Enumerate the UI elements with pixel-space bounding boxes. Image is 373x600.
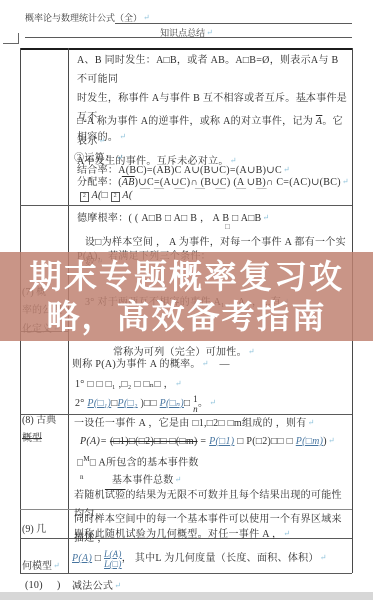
stray-box-glyph: □ xyxy=(225,222,230,231)
garbled-link-token[interactable]: P(□₁) xyxy=(87,398,111,409)
garbled-formula-line: 2 A(□ 2 A( xyxy=(80,186,132,205)
garbled-link-token[interactable]: L(□) xyxy=(104,559,122,569)
paragraph-mark-icon: ↵ xyxy=(262,213,270,222)
tofu-box-icon: 2 xyxy=(111,192,120,202)
row-label-9-geometric-model: (9) 几 何模型↵ xyxy=(22,521,67,576)
table-top-border xyxy=(20,48,352,50)
paragraph-mark-icon: ↵ xyxy=(205,28,213,37)
header-rule-top xyxy=(115,23,352,24)
paragraph-mark-icon: ↵ xyxy=(327,436,335,445)
garbled-link-token[interactable]: P(□m) xyxy=(296,436,324,447)
margin-crop-mark xyxy=(3,33,19,44)
scanned-document-page: 概率论与数理统计公式（全）↵ 知识点总结↵ A、B 同时发生：A□B，或者 AB… xyxy=(0,0,373,600)
garbled-link-token[interactable]: P(□1) xyxy=(209,436,234,447)
classical-formula-line: P(A)= (□1)□(□2)□□ □(□m) = P(□1) □ P(□2)□… xyxy=(80,431,352,451)
dash-artifacts: —— — — — — — xyxy=(140,183,271,194)
de-morgan-line: 德摩根率：( ( A□B □ A□ B ， A B □ A□B↵ xyxy=(77,208,270,228)
paragraph-mark-icon: ↵ xyxy=(247,347,255,356)
overbar-artifact: — xyxy=(298,92,308,111)
overbar-word: 试验 xyxy=(105,490,126,501)
garbled-link-token[interactable]: L(A) xyxy=(104,549,122,559)
garbled-link-token[interactable]: P(A) xyxy=(72,553,92,564)
banner-title-line-2: 略，高效备考指南 xyxy=(47,297,327,337)
paragraph-mark-icon: ↵ xyxy=(282,529,290,538)
page-bottom-strip xyxy=(0,592,373,600)
paragraph-mark-icon: ↵ xyxy=(307,418,315,427)
paragraph-mark-icon: ↵ xyxy=(208,398,216,407)
axiom-2-line: 2° P(□₁)□P(□₂ )□□ P(□ₙ)□ 1n。↵ xyxy=(75,393,216,414)
paragraph-mark-icon: ↵ xyxy=(113,581,121,590)
axiom-1-line: 1° □ □ □₁ ,□₂ □ □ₙ□ ，↵ xyxy=(75,374,182,394)
row-label-8-classical-model: (8) 古典 概型 xyxy=(22,412,67,448)
paragraph-mark-icon: ↵ xyxy=(52,561,60,570)
header-rule-bottom xyxy=(25,37,352,38)
paragraph-mark-icon: ↵ xyxy=(174,379,182,388)
tofu-box-icon: 2 xyxy=(80,192,89,202)
paragraph-mark-icon: ↵ xyxy=(174,475,182,484)
garbled-link-token[interactable]: P(□₂ xyxy=(118,398,138,409)
paragraph-mark-icon: ↵ xyxy=(319,553,327,562)
fraction-LA-over-L: L(A)L(□) xyxy=(104,549,122,569)
paragraph-mark-icon: ↵ xyxy=(201,359,209,368)
table-bottom-border xyxy=(20,573,352,574)
paragraph-mark-icon: ↵ xyxy=(142,13,150,22)
probability-definition-line: 则称 P(A)为事件 A 的概率。↵ — xyxy=(72,354,230,374)
banner-title-line-1: 期末专题概率复习攻 xyxy=(29,257,344,297)
classical-setup-line: 一设任一事件 A ，它是由 □1,□2□ □m组成的 ，则有↵ xyxy=(74,413,350,433)
dash-artifact: — xyxy=(212,359,230,370)
promo-banner-overlay: 期末专题概率复习攻 略，高效备考指南 xyxy=(0,252,373,341)
row-divider-1 xyxy=(20,205,352,206)
paragraph-mark-icon: ↵ xyxy=(341,177,349,186)
geometric-formula-line: P(A) □ L(A)L(□)， 其中L 为几何度量（长度、面积、体积）↵ xyxy=(72,548,352,569)
paragraph-mark-icon: ↵ xyxy=(98,136,106,145)
garbled-link-token[interactable]: P(□ₙ) xyxy=(160,398,184,409)
geometric-intro-line-3: 则称此随机试验为几何概型。对任一事件 A ，↵ xyxy=(74,524,350,544)
